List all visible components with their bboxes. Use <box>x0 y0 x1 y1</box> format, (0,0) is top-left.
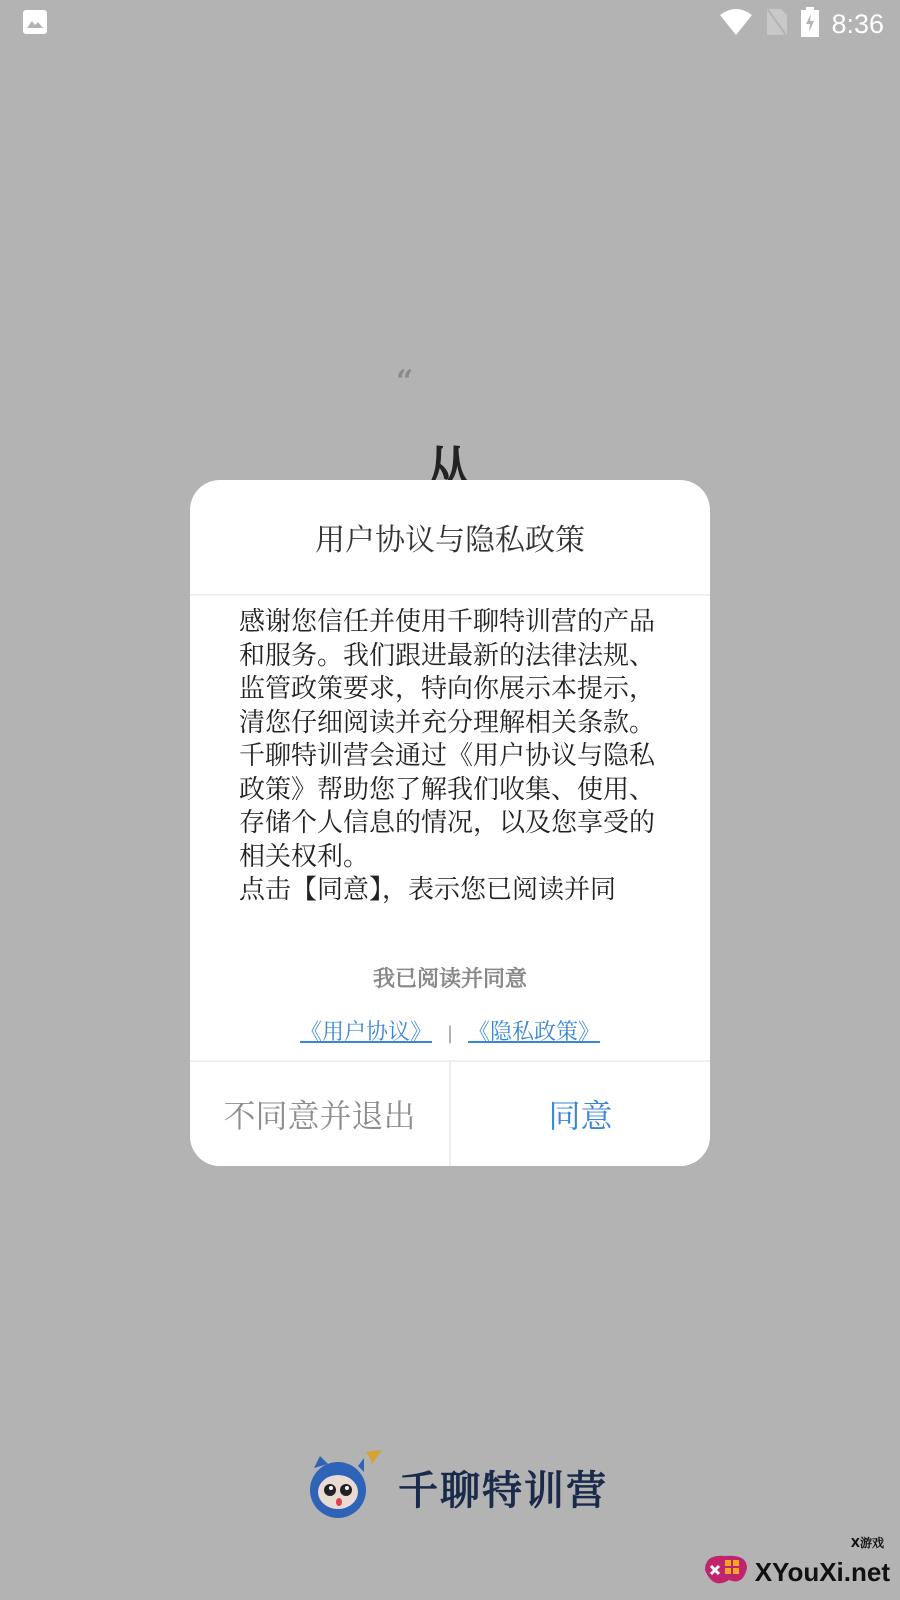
dialog-title: 用户协议与隐私政策 <box>190 480 710 596</box>
privacy-policy-link[interactable]: 《隐私政策》 <box>468 1020 600 1045</box>
background-quote-mark: “ <box>396 364 413 399</box>
mascot-icon <box>308 1450 388 1524</box>
agree-button[interactable]: 同意 <box>451 1062 710 1166</box>
user-agreement-link[interactable]: 《用户协议》 <box>300 1020 432 1045</box>
clock: 8:36 <box>831 9 884 40</box>
dialog-buttons: 不同意并退出 同意 <box>190 1060 710 1166</box>
gamepad-icon <box>701 1550 751 1594</box>
read-agree-label: 我已阅读并同意 <box>190 962 710 993</box>
no-sim-icon <box>765 7 789 41</box>
policy-links: 《用户协议》 | 《隐私政策》 <box>190 1015 710 1046</box>
privacy-dialog: 用户协议与隐私政策 感谢您信任并使用千聊特训营的产品和服务。我们跟进最新的法律法… <box>190 480 710 1166</box>
link-separator: | <box>447 1023 453 1044</box>
app-logo: 千聊特训营 <box>308 1450 608 1524</box>
status-bar: 8:36 <box>0 0 900 48</box>
watermark-sub: X游戏 <box>851 1534 884 1551</box>
watermark-text: XYouXi.net <box>755 1557 890 1588</box>
dialog-body-text[interactable]: 感谢您信任并使用千聊特训营的产品和服务。我们跟进最新的法律法规、监管政策要求，特… <box>190 596 710 934</box>
logo-text: 千聊特训营 <box>398 1459 608 1516</box>
watermark: X游戏 XYouXi.net <box>701 1550 890 1594</box>
status-icons: 8:36 <box>719 7 884 41</box>
decline-exit-button[interactable]: 不同意并退出 <box>190 1062 451 1166</box>
image-icon <box>22 9 48 39</box>
battery-charging-icon <box>801 7 819 41</box>
wifi-icon <box>719 8 753 40</box>
